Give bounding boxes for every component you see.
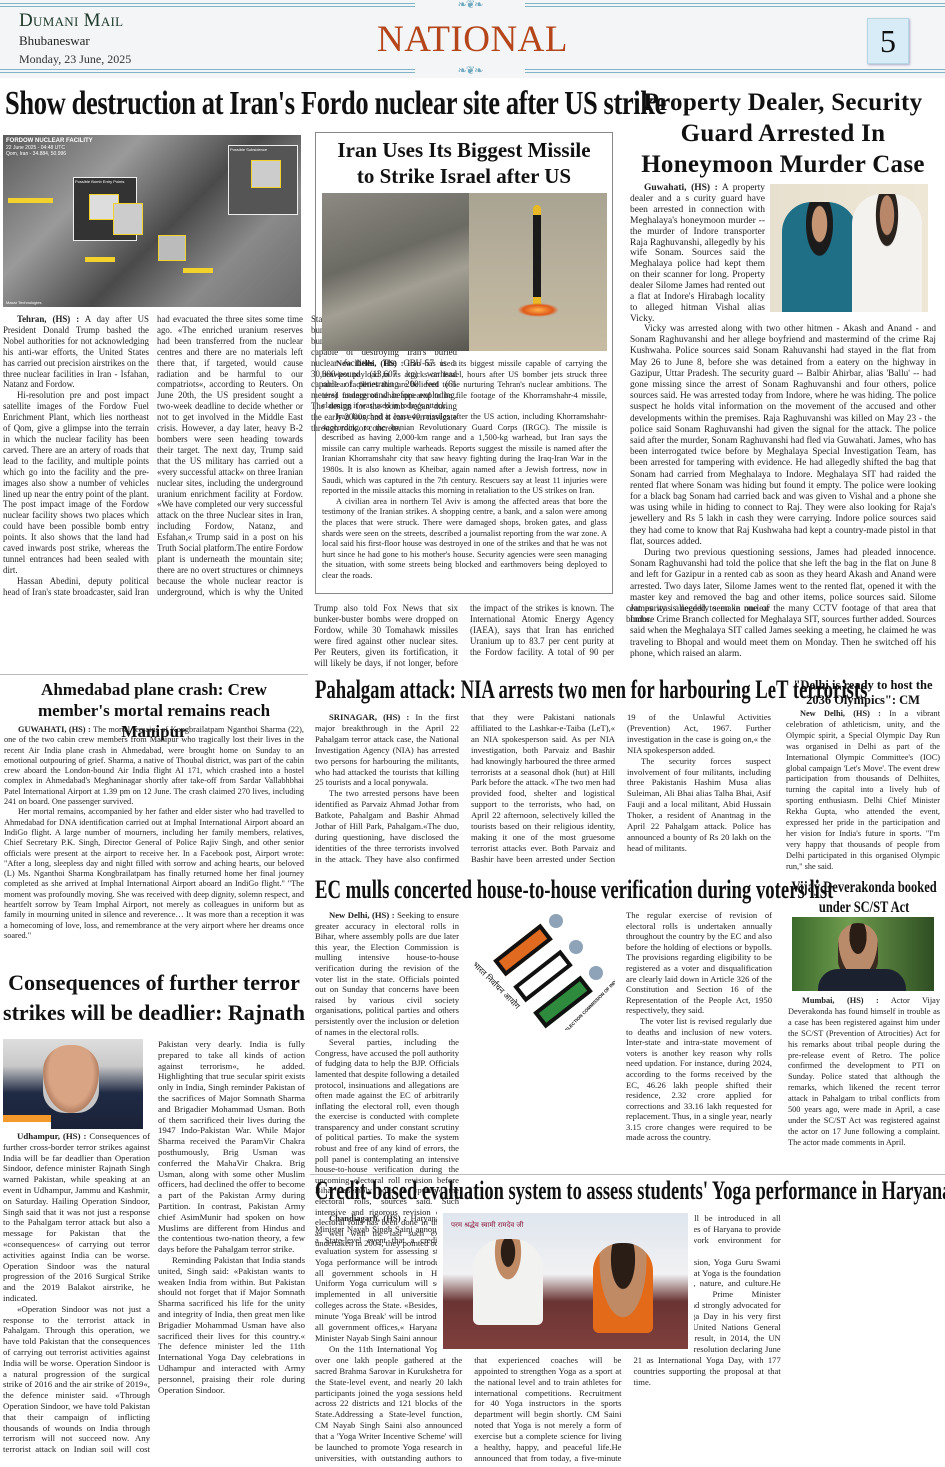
image-credit: Maxar Technologies: [6, 300, 42, 305]
masthead: ❧❦❧ Dumani Mail Bhubaneswar Monday, 23 J…: [0, 0, 945, 78]
banner-text: परम श्रद्धेय स्वामी रामदेव जी: [451, 1221, 523, 1230]
article-yoga: Credit-based evaluation system to assess…: [310, 1174, 945, 1467]
article-body-olympics: New Delhi, (HS) : In a vibrant celebrati…: [786, 709, 940, 873]
rajnath-photo: [3, 1039, 143, 1129]
headline-olympics: "Delhi is ready to host the 2036 Olympic…: [784, 678, 942, 708]
article-olympics: "Delhi is ready to host the 2036 Olympic…: [784, 676, 942, 876]
inset-label: Possible Subsidence: [229, 146, 297, 153]
image-caption-title: FORDOW NUCLEAR FACILITY: [6, 138, 93, 144]
article-body-fordo: Tehran, (HS) : A day after US President …: [3, 314, 303, 604]
inset-label: Possible Bomb Entry Points: [74, 178, 136, 185]
missile-icon: [533, 205, 541, 307]
article-body-ec-col3: The regular exercise of revision of elec…: [626, 910, 772, 1143]
article-body-missile: New Delhi, (HS) : Iran has used its bigg…: [322, 359, 607, 581]
fordo-satellite-image: FORDOW NUCLEAR FACILITY 22 June 2025 - 0…: [3, 135, 301, 307]
section-title: NATIONAL: [0, 18, 945, 61]
page-number: 5: [867, 18, 909, 64]
vijay-photo: [792, 917, 934, 991]
couple-photo: [770, 184, 928, 312]
article-honeymoon: Property Dealer, Security Guard Arrested…: [624, 84, 942, 674]
article-body-vijay: Mumbai, (HS) : Actor Vijay Deverakonda h…: [788, 996, 940, 1149]
article-body-honeymoon-lead: Guwahati, (HS) : A property dealer and a…: [630, 183, 765, 325]
yoga-event-photo: परम श्रद्धेय स्वामी रामदेव जी: [443, 1213, 688, 1349]
article-rajnath: Consequences of further terror strikes w…: [0, 964, 308, 1467]
headline-rajnath: Consequences of further terror strikes w…: [2, 968, 306, 1028]
article-vijay: Vijay Deverakonda booked under SC/ST Act…: [784, 876, 942, 1176]
article-ahmedabad: Ahmedabad plane crash: Crew member's mor…: [0, 674, 308, 964]
rubble-image: [322, 193, 469, 351]
article-ec: EC mulls concerted house-to-house verifi…: [310, 874, 780, 1174]
article-body-ahmedabad: GUWAHATI, (HS) : The mortal remains of K…: [4, 725, 304, 941]
article-body-fordo-cont: Trump also told Fox News that six bunker…: [314, 603, 614, 669]
headline-honeymoon: Property Dealer, Security Guard Arrested…: [624, 87, 942, 180]
headline-fordo: Show destruction at Iran's Fordo nuclear…: [5, 86, 666, 122]
article-body-honeymoon: Vicky was arrested along with two other …: [630, 324, 936, 660]
ornament-icon: ❧❦❧: [415, 66, 525, 76]
image-inset-subsidence: Possible Subsidence: [228, 145, 298, 215]
headline-ec: EC mulls concerted house-to-house verifi…: [315, 876, 833, 903]
headline-yoga: Credit-based evaluation system to assess…: [315, 1177, 945, 1204]
article-body-pahalgam: SRINAGAR, (HS) : In the first major brea…: [315, 712, 771, 865]
missile-launch-image: [469, 193, 607, 351]
article-missile: Iran Uses Its Biggest Missile to Strike …: [315, 132, 613, 594]
image-caption-location: Qom, Iran - 34.884, 50.996: [6, 151, 66, 157]
article-pahalgam: Pahalgam attack: NIA arrests two men for…: [310, 674, 780, 874]
ec-logo: भारत निर्वाचन आयोग ELECTION COMMISSION O…: [465, 910, 615, 1030]
ornament-icon: ❧❦❧: [415, 0, 525, 10]
